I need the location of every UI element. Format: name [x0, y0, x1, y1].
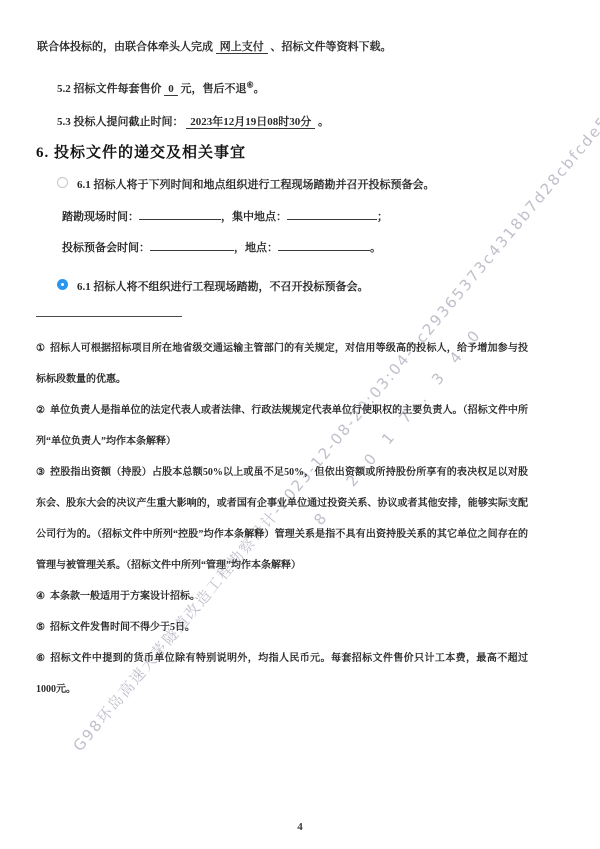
clause-5-3-pre: 5.3 投标人提问截止时间： — [57, 116, 184, 128]
footnote-2-marker: ② — [36, 405, 45, 416]
intro-underlined-value: 网上支付 — [216, 41, 268, 54]
footnote-2: ②单位负责人是指单位的法定代表人或者法律、行政法规规定代表单位行使职权的主要负责… — [36, 395, 528, 457]
clause-5-3-end: 。 — [318, 116, 329, 128]
footnote-4-text: 本条款一般适用于方案设计招标。 — [50, 591, 200, 602]
footnote-6: ⑥招标文件中提到的货币单位除有特别说明外，均指人民币元。每套招标文件售价只计工本… — [36, 643, 528, 705]
footnote-2-text: 单位负责人是指单位的法定代表人或者法律、行政法规规定代表单位行使职权的主要负责人… — [36, 405, 528, 447]
footnote-4: ④本条款一般适用于方案设计招标。 — [36, 581, 528, 612]
document-page: G98环岛高速大茅隧道改造工程勘察设计-2023-12-08-20:03:04-… — [0, 0, 600, 849]
page-number: 4 — [0, 821, 600, 833]
footnote-separator — [36, 316, 182, 317]
meeting-line-end: 。 — [370, 242, 381, 254]
footnote-6-marker: ⑥ — [36, 653, 45, 664]
option-b-text: 6.1 招标人将不组织进行工程现场踏勘，不召开投标预备会。 — [77, 278, 369, 294]
meeting-line: 投标预备会时间：，地点：。 — [62, 239, 381, 255]
gather-place-label: ，集中地点： — [221, 211, 287, 223]
footnote-6-text: 招标文件中提到的货币单位除有特别说明外，均指人民币元。每套招标文件售价只计工本费… — [36, 653, 528, 695]
clause-5-2: 5.2 招标文件每套售价 0 元，售后不退⑥。 — [57, 80, 265, 96]
gather-place-blank — [287, 208, 377, 220]
meeting-place-blank — [278, 239, 370, 251]
site-visit-line-end: ； — [377, 211, 388, 223]
footnote-3: ③控股指出资额（持股）占股本总额50%以上或虽不足50%，但依出资额或所持股份所… — [36, 457, 528, 581]
footnote-ref-6: ⑥ — [247, 80, 254, 89]
footnote-4-marker: ④ — [36, 591, 45, 602]
clause-5-3: 5.3 投标人提问截止时间： 2023年12月19日08时30分 。 — [57, 113, 329, 129]
radio-selected-icon[interactable] — [57, 279, 68, 290]
footnote-1: ①招标人可根据招标项目所在地省级交通运输主管部门的有关规定，对信用等级高的投标人… — [36, 333, 528, 395]
footnote-5-marker: ⑤ — [36, 622, 45, 633]
footnote-1-marker: ① — [36, 343, 45, 354]
section-6-heading: 6. 投标文件的递交及相关事宜 — [36, 141, 246, 162]
option-a-text: 6.1 招标人将于下列时间和地点组织进行工程现场踏勘并召开投标预备会。 — [77, 176, 435, 192]
clause-5-2-end: 。 — [254, 83, 265, 95]
clause-5-2-mid: 元，售后不退 — [181, 83, 247, 95]
meeting-place-label: ，地点： — [234, 242, 278, 254]
paragraph-joint-venture: 联合体投标的，由联合体牵头人完成 网上支付 、招标文件等资料下载。 — [37, 38, 392, 54]
radio-unselected-icon[interactable] — [57, 177, 68, 188]
site-visit-time-blank — [139, 208, 221, 220]
site-visit-line: 踏勘现场时间：，集中地点：； — [62, 208, 388, 224]
footnote-5-text: 招标文件发售时间不得少于5日。 — [50, 622, 195, 633]
clause-5-2-price-value: 0 — [164, 83, 178, 96]
meeting-time-blank — [150, 239, 234, 251]
footnote-5: ⑤招标文件发售时间不得少于5日。 — [36, 612, 528, 643]
footnotes-block: ①招标人可根据招标项目所在地省级交通运输主管部门的有关规定，对信用等级高的投标人… — [36, 333, 528, 705]
clause-5-3-deadline-value: 2023年12月19日08时30分 — [186, 116, 315, 129]
intro-post: 、招标文件等资料下载。 — [271, 41, 392, 53]
clause-6-1-option-a: 6.1 招标人将于下列时间和地点组织进行工程现场踏勘并召开投标预备会。 — [57, 176, 557, 192]
meeting-time-label: 投标预备会时间： — [62, 242, 150, 254]
site-visit-time-label: 踏勘现场时间： — [62, 211, 139, 223]
footnote-3-text: 控股指出资额（持股）占股本总额50%以上或虽不足50%，但依出资额或所持股份所享… — [36, 467, 528, 571]
footnote-1-text: 招标人可根据招标项目所在地省级交通运输主管部门的有关规定，对信用等级高的投标人，… — [36, 343, 528, 385]
intro-pre: 联合体投标的，由联合体牵头人完成 — [37, 41, 213, 53]
clause-6-1-option-b: 6.1 招标人将不组织进行工程现场踏勘，不召开投标预备会。 — [57, 278, 557, 294]
footnote-3-marker: ③ — [36, 467, 45, 478]
clause-5-2-pre: 5.2 招标文件每套售价 — [57, 83, 162, 95]
